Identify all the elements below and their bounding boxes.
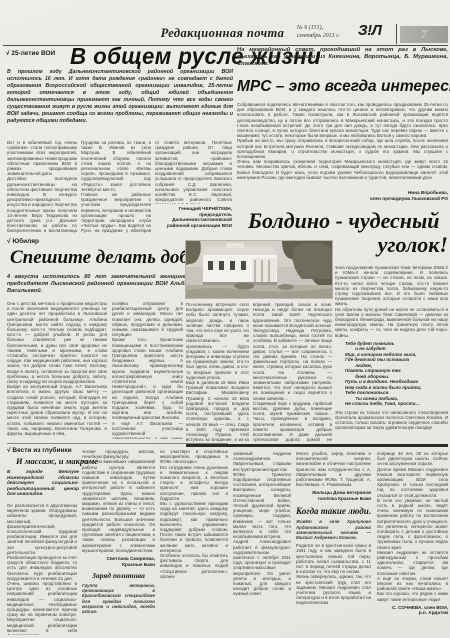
zaryad-intro: Группа ветеранов, проживающих в Красноба… xyxy=(82,583,155,614)
signature-zaryad: Жильцы Дома ветеранов посёлка Красные Ба… xyxy=(296,490,371,501)
ruslo-column-2: Груздева за роспись по ткани, а также В.… xyxy=(81,140,151,234)
issue-number: № 9 (151), xyxy=(297,25,357,33)
vesti-column-1: Он располагается в двухэтажном кирпичном… xyxy=(7,503,77,635)
headline-lyudi: Когда такие люди…! xyxy=(296,506,371,516)
lede-mrs: На межрайонный совет, проходивший на это… xyxy=(237,47,448,77)
section-marker-voi25: √ 25-летие ВОИ xyxy=(6,50,55,57)
headline-boldino-line1: Болдино - чудесный xyxy=(248,208,448,234)
lede-lyudi: Живёт в селе Хрипуново Ардатовского райо… xyxy=(296,519,371,540)
subhead-zaryad: Заряд позитива xyxy=(82,571,155,580)
zaryad-column-b-text: Много улыбок, заряд позитива и положител… xyxy=(296,451,371,487)
boldino-column-2: ворений, трагедий, сказок и поэм. Никогд… xyxy=(253,302,332,442)
headline-boldino-line2: уголок! xyxy=(330,232,448,258)
header-vertical-rule xyxy=(396,24,397,44)
vesti-column-3: но участвует в спортивных мероприятиях, … xyxy=(160,449,228,637)
headline-mrs: МРС – это всегда интересно! xyxy=(237,78,450,96)
newspaper-page: Редакционная почта № 9 (151), сентябрь 2… xyxy=(0,0,450,638)
signature-lyudi: С. СОЧНЕВА, член ВОИ, р.п. Ардатов xyxy=(377,605,448,616)
ruslo-column-1: Вот и в юбилейный год члены «районки» ст… xyxy=(7,140,77,234)
zaryad-column-a: зованный Андреем Александровичем Лаврент… xyxy=(233,451,291,637)
masthead-logo: З!Л xyxy=(358,22,381,39)
mrs-body: Собравшиеся поделились впечатлениями и о… xyxy=(237,102,448,188)
boldino-column-1: По-осеннему встречало село Болдино арзам… xyxy=(186,302,249,442)
page-number: 7 xyxy=(400,26,448,43)
section-marker-yubilyar: √ Юбиляр xyxy=(7,238,39,245)
section-divider-rule xyxy=(186,444,448,447)
speshite-column-1: Она с детства мечтала о профессии медсес… xyxy=(7,301,107,439)
vesti-top-rule xyxy=(7,443,228,444)
lede-ruslo: В прошлом году Дальнеконстантиновской ра… xyxy=(7,69,233,133)
signature-mrs: Нина Воробьева, член президиума Лысковск… xyxy=(290,190,448,201)
page-section-title: Редакционная почта xyxy=(125,26,320,41)
section-marker-vesti: √ Вести из глубинки xyxy=(7,447,72,454)
boldino-closing: Эти строки из только что написанного сти… xyxy=(335,410,448,431)
issue-date: сентябрь 2013 г. xyxy=(297,33,357,41)
lyudi-column-b: поприще 46 лет, 30 из которых был директ… xyxy=(377,451,448,602)
lede-vesti: В городе Ветлуге Нижегородской области д… xyxy=(7,469,79,501)
zaryad-lyudi-column: Много улыбок, заряд позитива и положител… xyxy=(296,451,371,637)
boldino-house-illustration xyxy=(186,241,332,298)
boldino-house-photo xyxy=(186,241,332,298)
tanya-savicheva-poem: Тебя будет помнить и не забудет Мир, в к… xyxy=(345,341,448,407)
speshite-column-2: хозяйка отправляет в реабилитационный це… xyxy=(112,301,183,439)
boldino-column-3: чила продолжение пушкинская тема: ветера… xyxy=(335,265,448,443)
signature-ruslo: Геннадий ЧЕРНЁТКИН, председатель Дальнек… xyxy=(155,206,232,228)
lyudi-column-b-wrap: поприще 46 лет, 30 из которых был директ… xyxy=(377,451,448,637)
boldino-column-3-text: чила продолжение пушкинская тема: ветера… xyxy=(335,265,448,338)
vesti-column-2-text: ческие процедуры, массаж, лечебную физку… xyxy=(82,449,155,553)
headline-speshite: Спешите делать добро xyxy=(10,247,208,269)
page-number-box: 7 xyxy=(400,26,448,43)
signature-vesti: Светлана Смирнова, Красные Баки xyxy=(82,556,155,567)
vesti-column-2: ческие процедуры, массаж, лечебную физку… xyxy=(82,449,155,637)
ruslo-column-3: го Совета ветеранов, Почётные граждане р… xyxy=(155,140,232,204)
lyudi-column-a: Родился он в крестьянской семье в 1931 г… xyxy=(296,543,371,605)
issue-info: № 9 (151), сентябрь 2013 г. xyxy=(297,25,357,40)
